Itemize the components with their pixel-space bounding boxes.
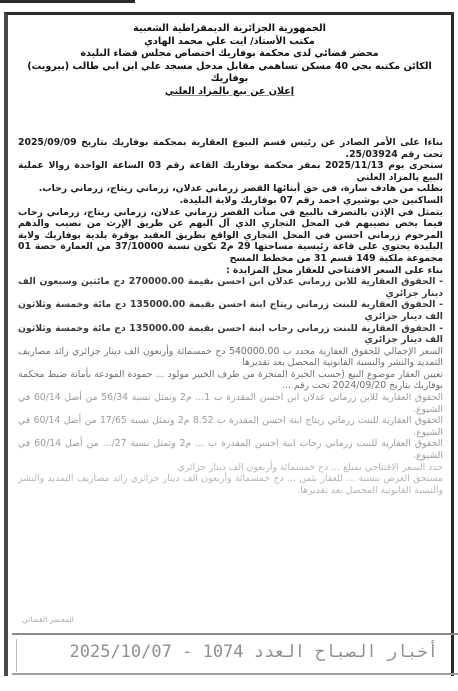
- paragraph-opening-price-intro: بناء على السعر الافتتاحي للعقار محل المز…: [18, 265, 443, 277]
- paragraph-share-ritaj: الحقوق العقارية للبنت زرماني ريتاج ابنة …: [18, 415, 443, 438]
- paragraph-price-ritaj: - الحقوق العقارية للبنت زرماني ريتاج ابن…: [18, 299, 443, 322]
- paragraph-price-rihab: - الحقوق العقارية للبنت زرماني رحاب ابنة…: [18, 323, 443, 346]
- paragraph-share-rihab: الحقوق العقارية للبنت زرماني رحاب ابنة ا…: [18, 438, 443, 461]
- legal-notice-frame: الجمهورية الجزائرية الديمقراطية الشعبية …: [4, 12, 454, 676]
- paragraph-requester: بطلب من هادف سارة، في حق أبنائها القصر ز…: [18, 183, 443, 195]
- top-rule: [0, 0, 135, 3]
- paragraph-residence: الساكنين حي بوشيري احمد رقم 07 بوفاريك و…: [18, 195, 443, 207]
- header-bailiff: محضر قضائي لدى محكمة بوفاريك اختصاص مجلس…: [8, 48, 451, 61]
- notice-body: بناءا على الأمر الصادر عن رئيس قسم البيو…: [18, 137, 443, 496]
- footer-divider-bottom: [12, 673, 458, 675]
- paragraph-opening-price: حدد السعر الافتتاحي بمبلغ ... دج خمسمائة…: [18, 462, 443, 474]
- paragraph-property-designation: تعيين العقار موضوع البيع (حسب الخبرة الم…: [18, 369, 443, 392]
- footer-divider-top: [12, 633, 458, 635]
- paragraph-dues: مستحق العرض بنسبة ... للعقار بثمن ... دج…: [18, 473, 443, 496]
- paragraph-price-adlan: - الحقوق العقارية للابن زرماني عدلان ابن…: [18, 276, 443, 299]
- header-office: مكتب الأستاذ/ ايت علي محمد الهادي: [8, 36, 451, 49]
- paragraph-total-price: السعر الإجمالي للحقوق العقارية محدد ب 54…: [18, 346, 443, 369]
- header-address: الكائن مكتبه بحي 40 مسكن تساهمي مقابل مد…: [8, 61, 451, 74]
- paragraph-order: بناءا على الأمر الصادر عن رئيس قسم البيو…: [18, 137, 443, 160]
- publication-footer: أخبار الصباح العدد 1074 - 2025/10/07: [16, 639, 452, 672]
- paragraph-auction-date: ستجرى يوم 2025/11/13 بمقر محكمة بوفاريك …: [18, 160, 443, 183]
- bailiff-signature: المحضر القضائي: [22, 615, 74, 624]
- notice-header: الجمهورية الجزائرية الديمقراطية الشعبية …: [8, 23, 451, 98]
- publication-issue-date: أخبار الصباح العدد 1074 - 2025/10/07: [70, 642, 439, 662]
- header-country: الجمهورية الجزائرية الديمقراطية الشعبية: [8, 23, 451, 36]
- paragraph-property: يتمثل في الإذن بالتصرف بالبيع في منآب ال…: [18, 207, 443, 265]
- notice-title: إعلان عن بيع بالمزاد العلني: [8, 86, 451, 99]
- header-city: بوفاريك: [8, 73, 451, 86]
- paragraph-share-adlan: الحقوق العقارية للابن زرماني عدلان ابن ا…: [18, 392, 443, 415]
